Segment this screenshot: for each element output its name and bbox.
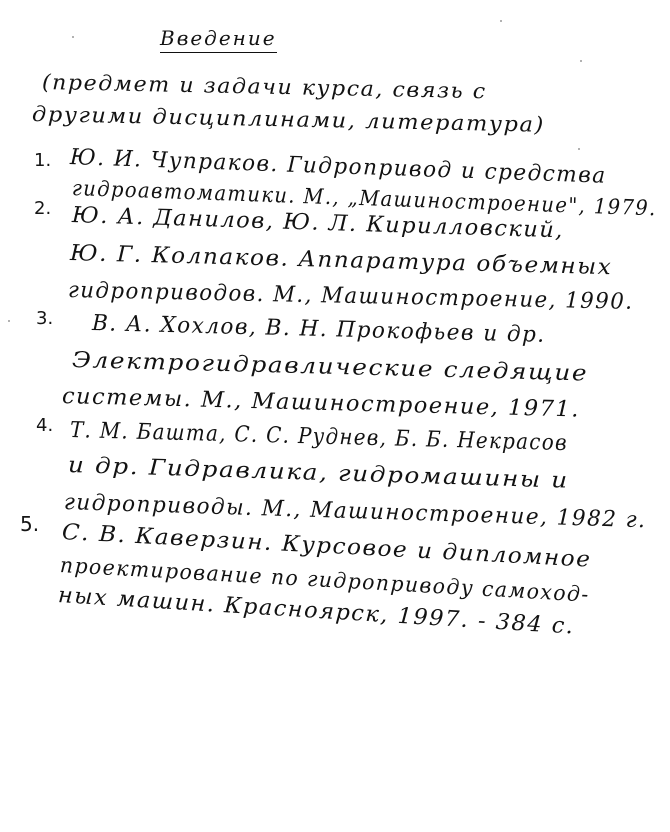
reference-4-line-1: Т. М. Башта, С. С. Руднев, Б. Б. Некрасо… [70,420,568,455]
reference-3-number: 3. [36,308,53,329]
reference-1-number: 1. [34,150,51,171]
scan-speck [580,60,582,62]
reference-4-number: 4. [36,415,53,436]
scanned-page: Введение (предмет и задачи курса, связь … [0,0,670,832]
reference-3-line-2: Электрогидравлические следящие [72,350,589,386]
scan-speck [500,20,502,22]
reference-4-line-2: и др. Гидравлика, гидромашины и [68,455,569,493]
reference-2-line-3: гидроприводов. М., Машиностроение, 1990. [68,280,634,314]
subtitle-line-2: другими дисциплинами, литература) [32,104,545,136]
reference-2-line-2: Ю. Г. Колпаков. Аппаратура объемных [70,243,613,279]
scan-speck [578,148,580,150]
reference-3-line-3: системы. М., Машиностроение, 1971. [62,386,580,422]
subtitle-line-1: (предмет и задачи курса, связь с [42,72,487,102]
reference-3-line-1: В. А. Хохлов, В. Н. Прокофьев и др. [92,313,546,347]
scan-speck [72,36,74,38]
reference-5-number: 5. [20,512,39,536]
page-title: Введение [160,28,277,53]
scan-speck [8,320,10,322]
reference-2-number: 2. [34,198,51,219]
